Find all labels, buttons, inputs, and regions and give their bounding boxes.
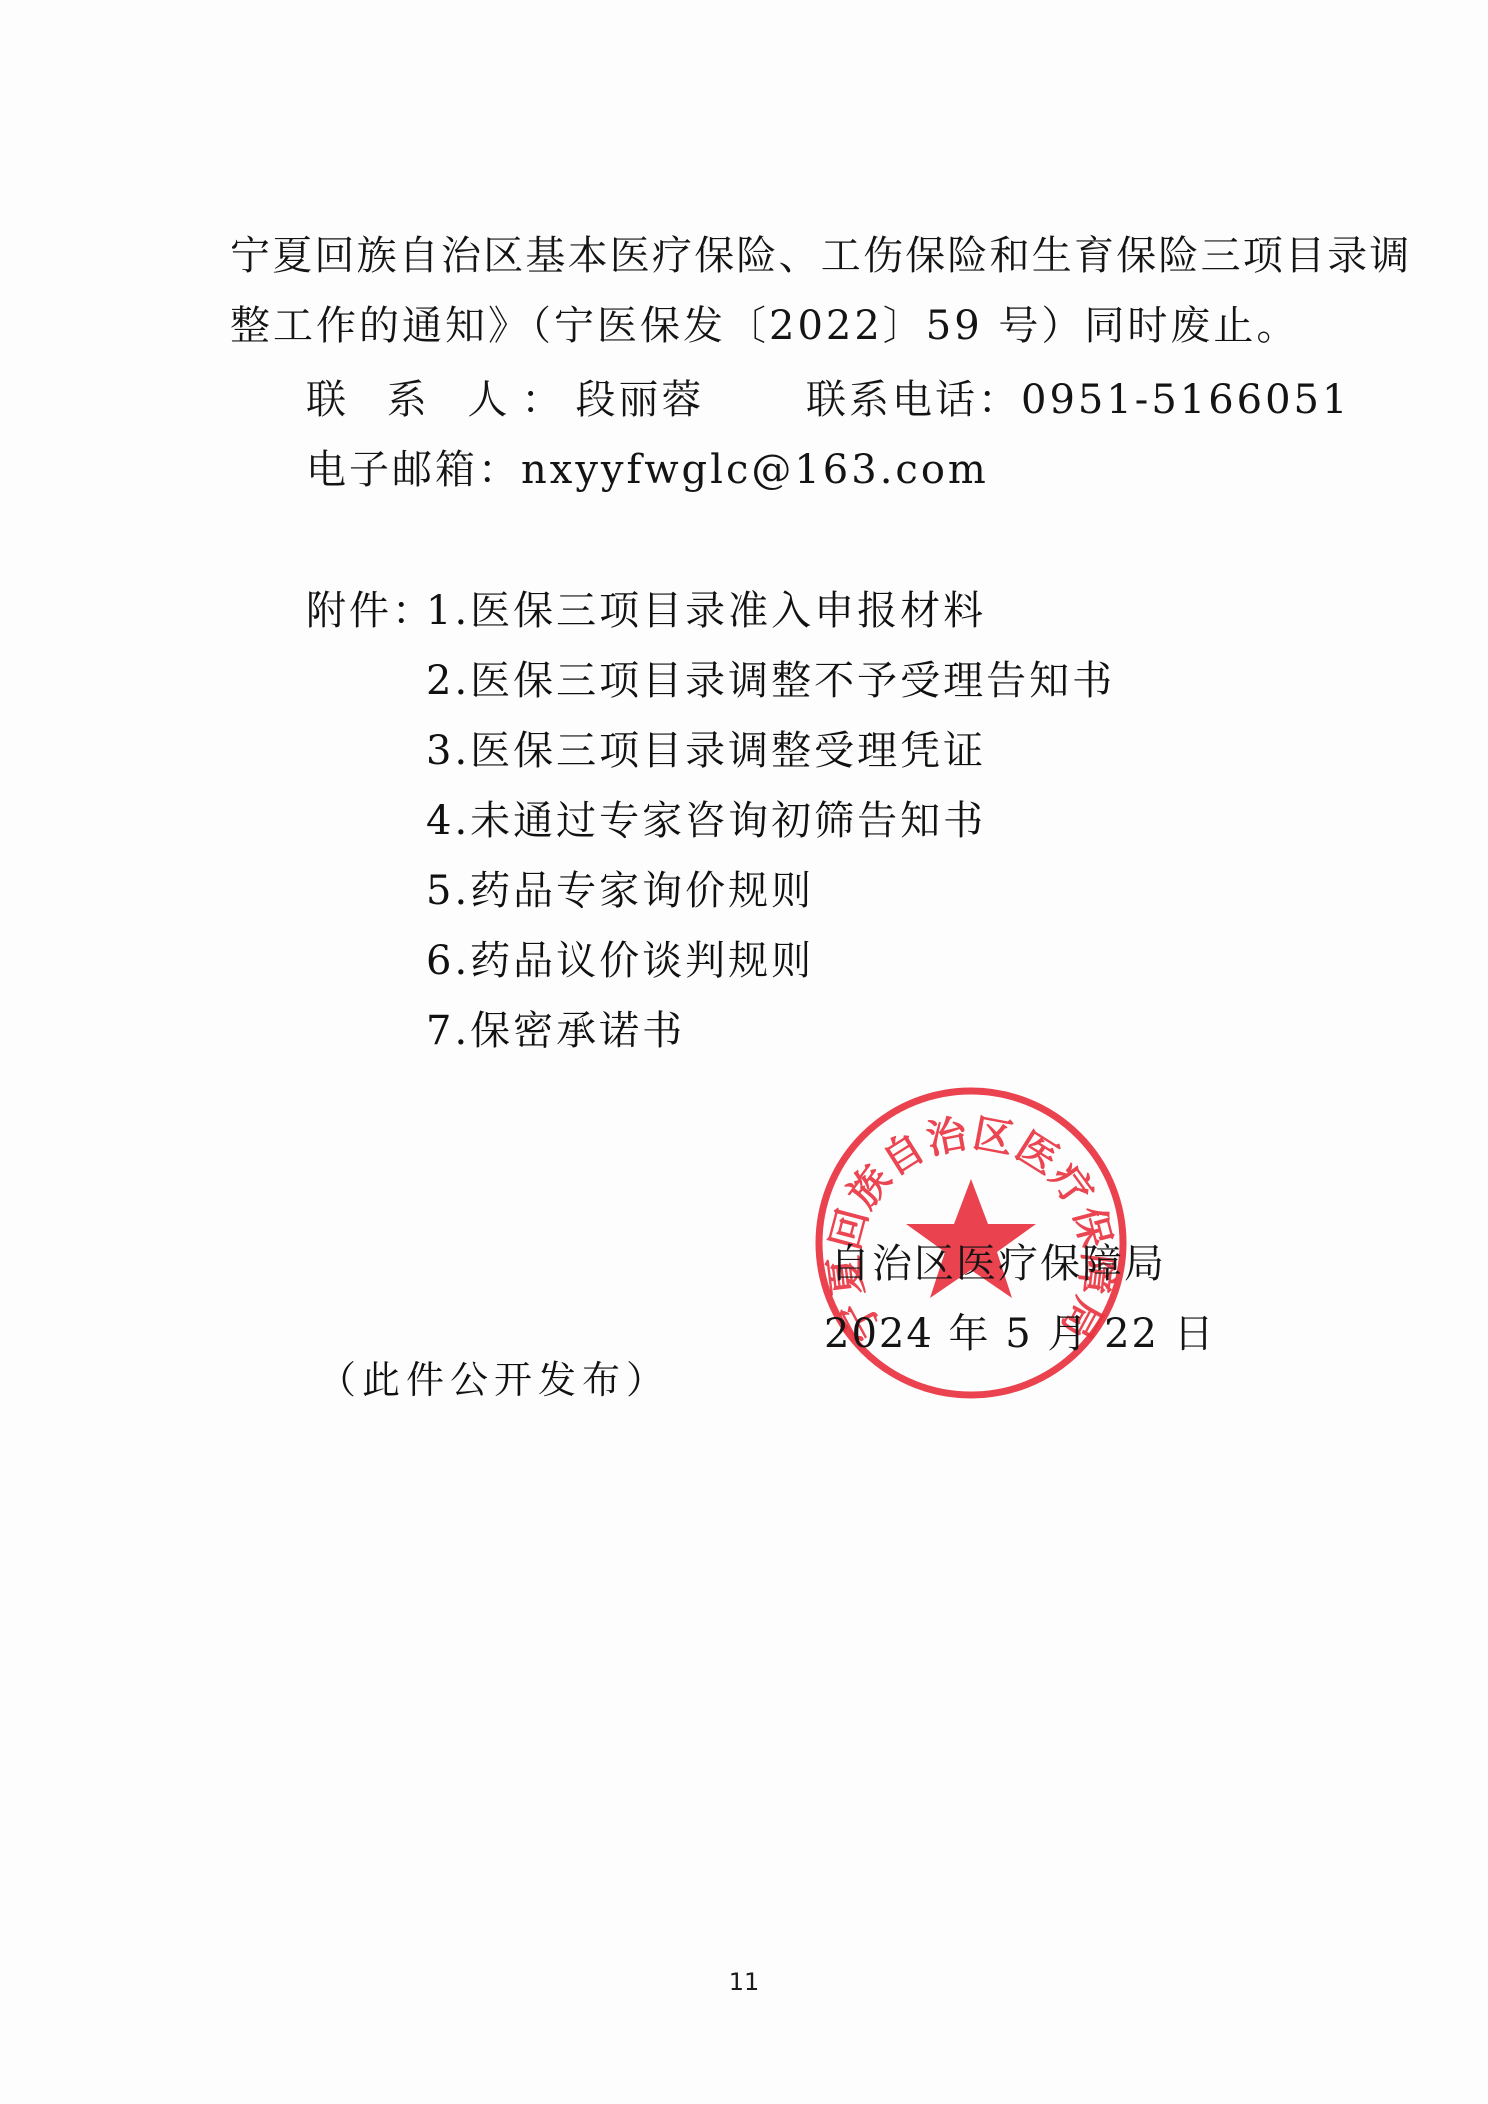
attachment-item: 7.保密承诺书	[426, 1007, 1115, 1077]
body-text-line-1: 宁夏回族自治区基本医疗保险、工伤保险和生育保险三项目录调	[230, 232, 1412, 280]
attachments-list: 1.医保三项目录准入申报材料 2.医保三项目录调整不予受理告知书 3.医保三项目…	[426, 587, 1115, 1077]
attachments-heading: 附件：	[306, 587, 435, 635]
contact-person-name: 段丽蓉	[575, 377, 704, 423]
contact-phone-label: 联系电话：	[806, 377, 1021, 423]
publication-note: （此件公开发布）	[318, 1356, 670, 1404]
attachment-item: 4.未通过专家咨询初筛告知书	[426, 797, 1115, 867]
signature-organization: 自治区医疗保障局	[830, 1240, 1166, 1288]
contact-email-row: 电子邮箱：nxyyfwglc@163.com	[306, 446, 989, 494]
attachment-item: 3.医保三项目录调整受理凭证	[426, 727, 1115, 797]
contact-phone-value: 0951-5166051	[1021, 377, 1350, 423]
contact-email-label: 电子邮箱：	[306, 447, 521, 493]
document-page: 宁夏回族自治区基本医疗保险、工伤保险和生育保险三项目录调 整工作的通知》（宁医保…	[0, 0, 1488, 2104]
attachment-item: 6.药品议价谈判规则	[426, 937, 1115, 1007]
attachment-item: 2.医保三项目录调整不予受理告知书	[426, 657, 1115, 727]
attachment-item: 5.药品专家询价规则	[426, 867, 1115, 937]
contact-phone: 联系电话：0951-5166051	[806, 376, 1350, 424]
contact-person-row: 联 系 人：段丽蓉 联系电话：0951-5166051	[306, 376, 704, 424]
contact-email-value: nxyyfwglc@163.com	[521, 447, 989, 493]
contact-person-label: 联 系 人：	[306, 377, 575, 423]
body-text-line-2: 整工作的通知》（宁医保发〔2022〕59 号）同时废止。	[230, 302, 1299, 350]
page-number: 11	[0, 1968, 1488, 1996]
attachment-item: 1.医保三项目录准入申报材料	[426, 587, 1115, 657]
signature-date: 2024 年 5 月 22 日	[824, 1310, 1216, 1358]
